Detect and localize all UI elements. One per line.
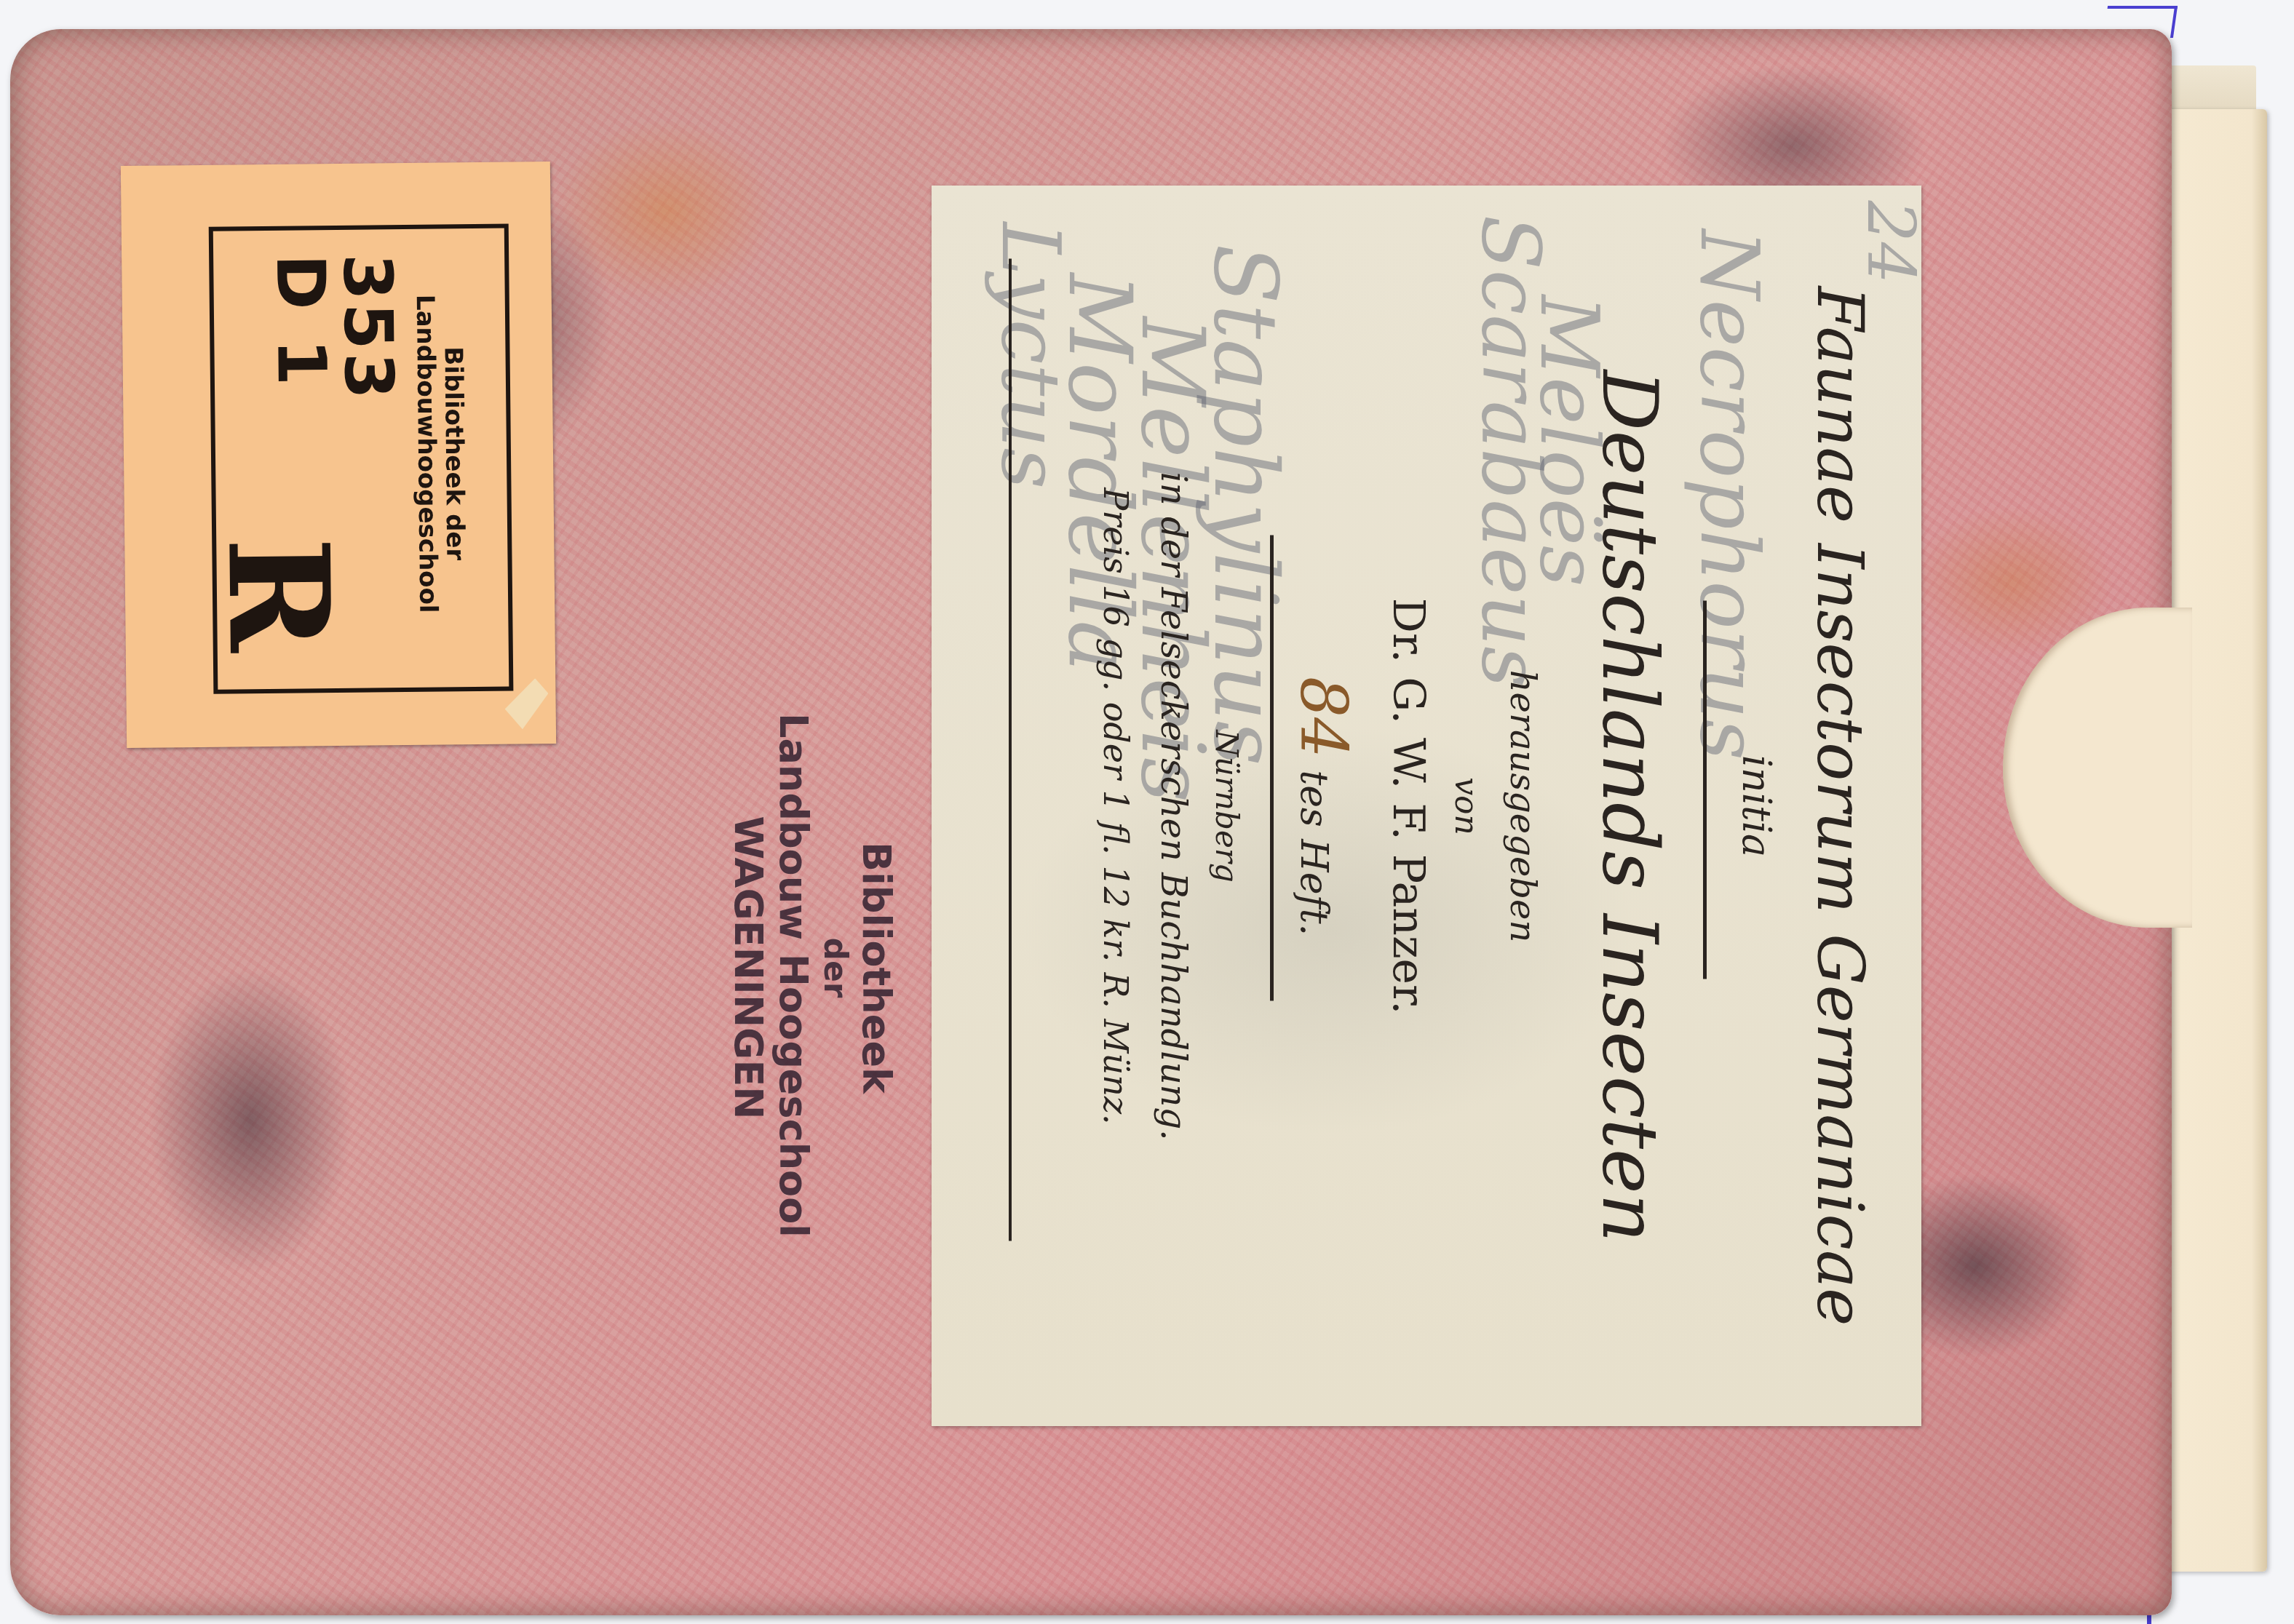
by-word: von xyxy=(1448,186,1485,1426)
publisher: in der Felseckerschen Buchhandlung. xyxy=(1153,186,1194,1426)
divider-rule xyxy=(1703,600,1707,979)
stamp-line-2: der xyxy=(816,713,854,1222)
label-institution: Bibliotheek der Landbouwhoogeschool xyxy=(410,228,470,680)
editor-prefix: herausgegeben xyxy=(1502,186,1543,1426)
label-shelf-letter: R xyxy=(208,536,348,653)
title-label: 24 Lyctus Mordella Mellenheis Staphylinu… xyxy=(932,186,1921,1426)
publication-place: Nürnberg xyxy=(1209,186,1245,1426)
handwritten-issue-number: 84 xyxy=(1286,676,1361,757)
library-shelf-label: Bibliotheek der Landbouwhoogeschool 353 … xyxy=(121,162,556,748)
price: Preis 16 gg. oder 1 fl. 12 kr. R. Münz. xyxy=(1096,186,1135,1426)
series-title: Faunae Insectorum Germanicae xyxy=(1803,186,1878,1426)
main-title: Deutschlands Insecten xyxy=(1585,186,1674,1426)
label-line-1: Bibliotheek der xyxy=(438,228,470,679)
series-subtitle: initia xyxy=(1734,186,1779,1426)
stamp-line-1: Bibliotheek xyxy=(854,713,899,1222)
label-line-2: Landbouwhoogeschool xyxy=(410,228,442,680)
label-shelf-number: 353 D 1 xyxy=(266,253,402,403)
library-ink-stamp: Bibliotheek der Landbouw Hoogeschool WAG… xyxy=(633,859,946,1077)
stamp-line-4: WAGENINGEN xyxy=(726,713,771,1222)
author-name: Dr. G. W. F. Panzer. xyxy=(1383,186,1434,1426)
border-rule xyxy=(1009,258,1012,1241)
divider-rule xyxy=(1270,535,1274,1000)
issue-suffix: tes Heft. xyxy=(1292,770,1335,936)
issue-line: 84 tes Heft. xyxy=(1286,186,1361,1426)
stamp-line-3: Landbouw Hoogeschool xyxy=(771,713,816,1222)
